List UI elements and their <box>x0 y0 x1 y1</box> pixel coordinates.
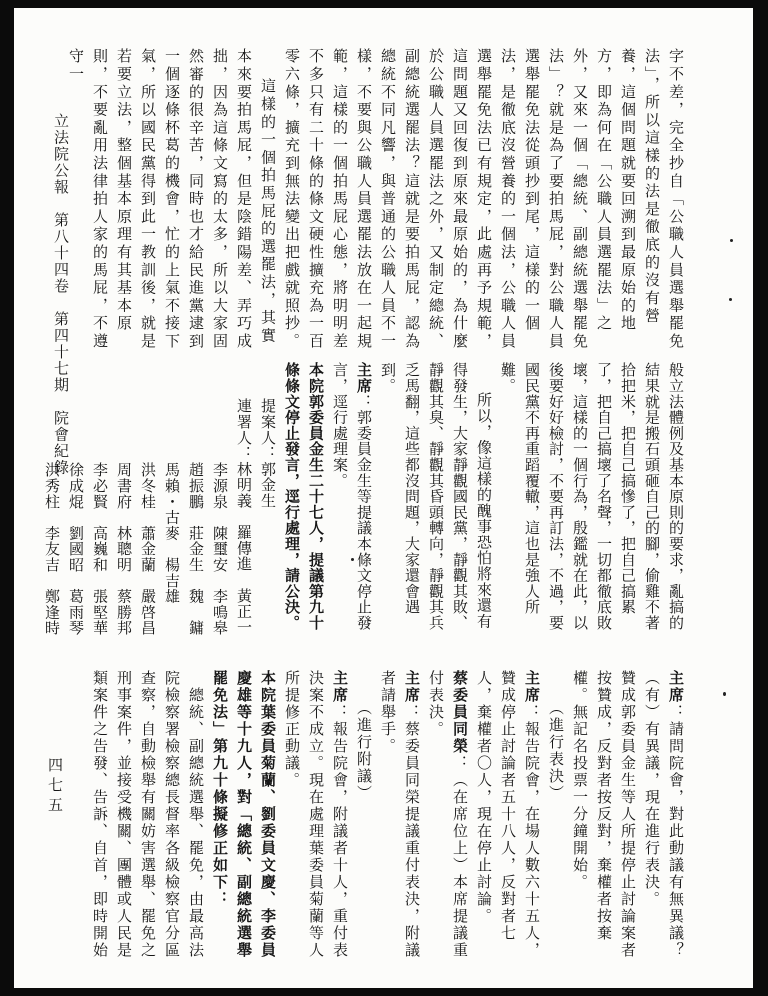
cont-paragraph: 贊成郭委員金生等人所提停止討論案者按贊成，反對者按反對，棄權者按棄權。無記名投票… <box>567 670 639 970</box>
speech-paragraph: 蔡委員同榮：（在席位上）本席提議重付表決。 <box>423 670 471 970</box>
upper-text-band: 字不差，完全抄自「公職人員選舉罷免法」，所以這樣的法是徹底的沒有營養，這個問題就… <box>63 48 687 352</box>
speaker-name: 蔡委員同榮 <box>451 670 467 755</box>
cosigner-names-column: 李必賢 高巍和 張堅華 <box>87 362 111 640</box>
cosigner-names-column: 連署人：林明義 羅傳進 黃正一 <box>231 362 255 640</box>
stage-paragraph: （進行表決） <box>543 670 567 970</box>
scan-speck <box>730 239 733 242</box>
middle-text-band: 般立法體例及基本原則的要求，亂搞的結果就是搬石頭砸自己的腳，偷雞不著拾把米，把自… <box>39 362 687 640</box>
cosigner-names-column: 趙振鵬 莊金生 魏 鏞 <box>183 362 207 640</box>
speech-paragraph: 主席：報告院會，附議者十人，重付表決案不成立。現在處理葉委員菊蘭等人所提修正動議… <box>279 670 351 970</box>
stage-paragraph: （進行附議） <box>351 670 375 970</box>
speech-paragraph: 主席：報告院會，在場人數六十五人，贊成停止討論者五十八人，反對者七人，棄權者〇人… <box>471 670 543 970</box>
motion-paragraph: 本院郭委員金生二十七人，提議第九十條條文停止發言，逕行處理，請公決。 <box>279 362 327 640</box>
para-paragraph: 所以，像這樣的醜事恐怕將來還有得發生，大家靜觀國民黨，靜觀其敗、靜觀其臭、靜觀其… <box>375 362 495 640</box>
speech-paragraph: 主席：郭委員金生等提議本條文停止發言，逕行處理案。 <box>327 362 375 640</box>
gazette-page: 立法院公報 第八十四卷 第四十七期 院會紀錄 四七五 字不差，完全抄自「公職人員… <box>14 8 753 988</box>
cosigner-names-column: 李源泉 陳璽安 李鳴皋 <box>207 362 231 640</box>
cosigner-names-column: 馬賴・古麥 楊吉雄 <box>159 362 183 640</box>
scanned-gazette-screenshot: { "page": { "publication": "立法院公報", "run… <box>0 0 768 996</box>
speaker-name: 主席 <box>667 670 683 704</box>
cont-paragraph: 字不差，完全抄自「公職人員選舉罷免法」，所以這樣的法是徹底的沒有營養，這個問題就… <box>279 48 687 352</box>
scan-speck <box>729 298 732 301</box>
motion-paragraph: 本院葉委員菊蘭、劉委員文慶、李委員慶雄等十九人，對「總統、副總統選舉罷免法」第九… <box>207 670 279 970</box>
cosigner-names-column: 洪秀柱 李友吉 鄭逢時 <box>39 362 63 640</box>
cont-paragraph: 般立法體例及基本原則的要求，亂搞的結果就是搬石頭砸自己的腳，偷雞不著拾把米，把自… <box>495 362 687 640</box>
speech-paragraph: 主席：蔡委員同榮提議重付表決，附議者請舉手。 <box>375 670 423 970</box>
cosigner-names-column: 徐成焜 劉國昭 葛雨琴 <box>63 362 87 640</box>
page-number: 四七五 <box>44 757 64 817</box>
cosigner-names-column: 洪冬桂 蕭金蘭 嚴啓昌 <box>135 362 159 640</box>
speaker-name: 主席 <box>355 362 371 394</box>
speaker-name: 主席 <box>331 670 347 704</box>
speaker-name: 主席 <box>403 670 419 704</box>
quote-paragraph: 總統、副總統選舉、罷免，由最高法院檢察署檢察總長督率各級檢察官分區查察，自動檢舉… <box>87 670 207 970</box>
cosigner-names-column: 周書府 林聰明 蔡勝邦 <box>111 362 135 640</box>
para-paragraph: 這樣的一個拍馬屁的選罷法，其實本來要拍馬屁，但是陰錯陽差、弄巧成拙，因為這條文寫… <box>63 48 279 352</box>
lower-text-band: 主席：請問院會，對此動議有無異議？（有）有異議，現在進行表決。贊成郭委員金生等人… <box>87 670 687 970</box>
scan-speck <box>351 558 354 561</box>
speaker-name: 主席 <box>523 670 539 704</box>
cosigner-label: 連署人： <box>235 398 251 461</box>
proposer-paragraph: 提案人：郭金生 <box>255 362 279 640</box>
scan-speck <box>723 692 726 696</box>
speech-paragraph: 主席：請問院會，對此動議有無異議？（有）有異議，現在進行表決。 <box>639 670 687 970</box>
